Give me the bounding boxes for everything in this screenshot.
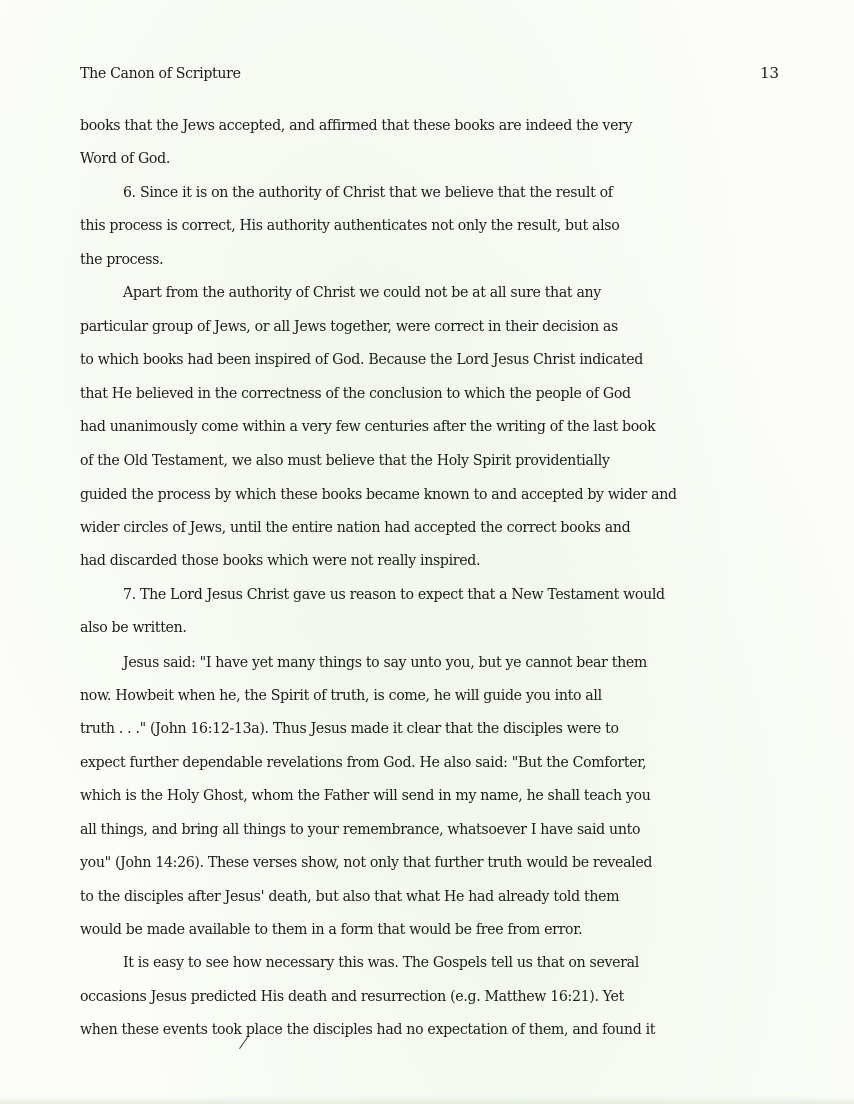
text-line: now. Howbeit when he, the Spirit of trut… <box>80 686 602 704</box>
text-line: had discarded those books which were not… <box>80 551 480 569</box>
text-line: also be written. <box>80 618 187 636</box>
document-page: The Canon of Scripture 13 books that the… <box>0 0 854 1104</box>
text-line: occasions Jesus predicted His death and … <box>80 987 624 1005</box>
text-line: books that the Jews accepted, and affirm… <box>80 116 632 134</box>
text-line: wider circles of Jews, until the entire … <box>80 518 630 536</box>
text-line: that He believed in the correctness of t… <box>80 384 631 402</box>
text-line: expect further dependable revelations fr… <box>80 753 646 771</box>
text-line: to which books had been inspired of God.… <box>80 350 643 368</box>
text-line: Word of God. <box>80 149 170 167</box>
page-number: 13 <box>760 64 779 82</box>
running-header-title: The Canon of Scripture <box>80 64 241 82</box>
text-line: had unanimously come within a very few c… <box>80 417 655 435</box>
text-line: this process is correct, His authority a… <box>80 216 619 234</box>
text-line: all things, and bring all things to your… <box>80 820 640 838</box>
text-line: 6. Since it is on the authority of Chris… <box>123 183 613 201</box>
text-line: Apart from the authority of Christ we co… <box>123 283 601 301</box>
text-line: of the Old Testament, we also must belie… <box>80 451 610 469</box>
text-line: truth . . ." (John 16:12-13a). Thus Jesu… <box>80 719 619 737</box>
scan-edge-shadow <box>0 1096 854 1104</box>
text-line: which is the Holy Ghost, whom the Father… <box>80 786 650 804</box>
text-line: would be made available to them in a for… <box>80 920 582 938</box>
text-line: to the disciples after Jesus' death, but… <box>80 887 619 905</box>
text-line: particular group of Jews, or all Jews to… <box>80 317 618 335</box>
text-line: Jesus said: "I have yet many things to s… <box>123 653 647 671</box>
text-line: you" (John 14:26). These verses show, no… <box>80 853 652 871</box>
stray-pen-mark <box>239 1037 248 1049</box>
text-line: the process. <box>80 250 163 268</box>
text-line: It is easy to see how necessary this was… <box>123 953 639 971</box>
text-line: 7. The Lord Jesus Christ gave us reason … <box>123 585 665 603</box>
text-line: when these events took place the discipl… <box>80 1020 655 1038</box>
text-line: guided the process by which these books … <box>80 485 677 503</box>
